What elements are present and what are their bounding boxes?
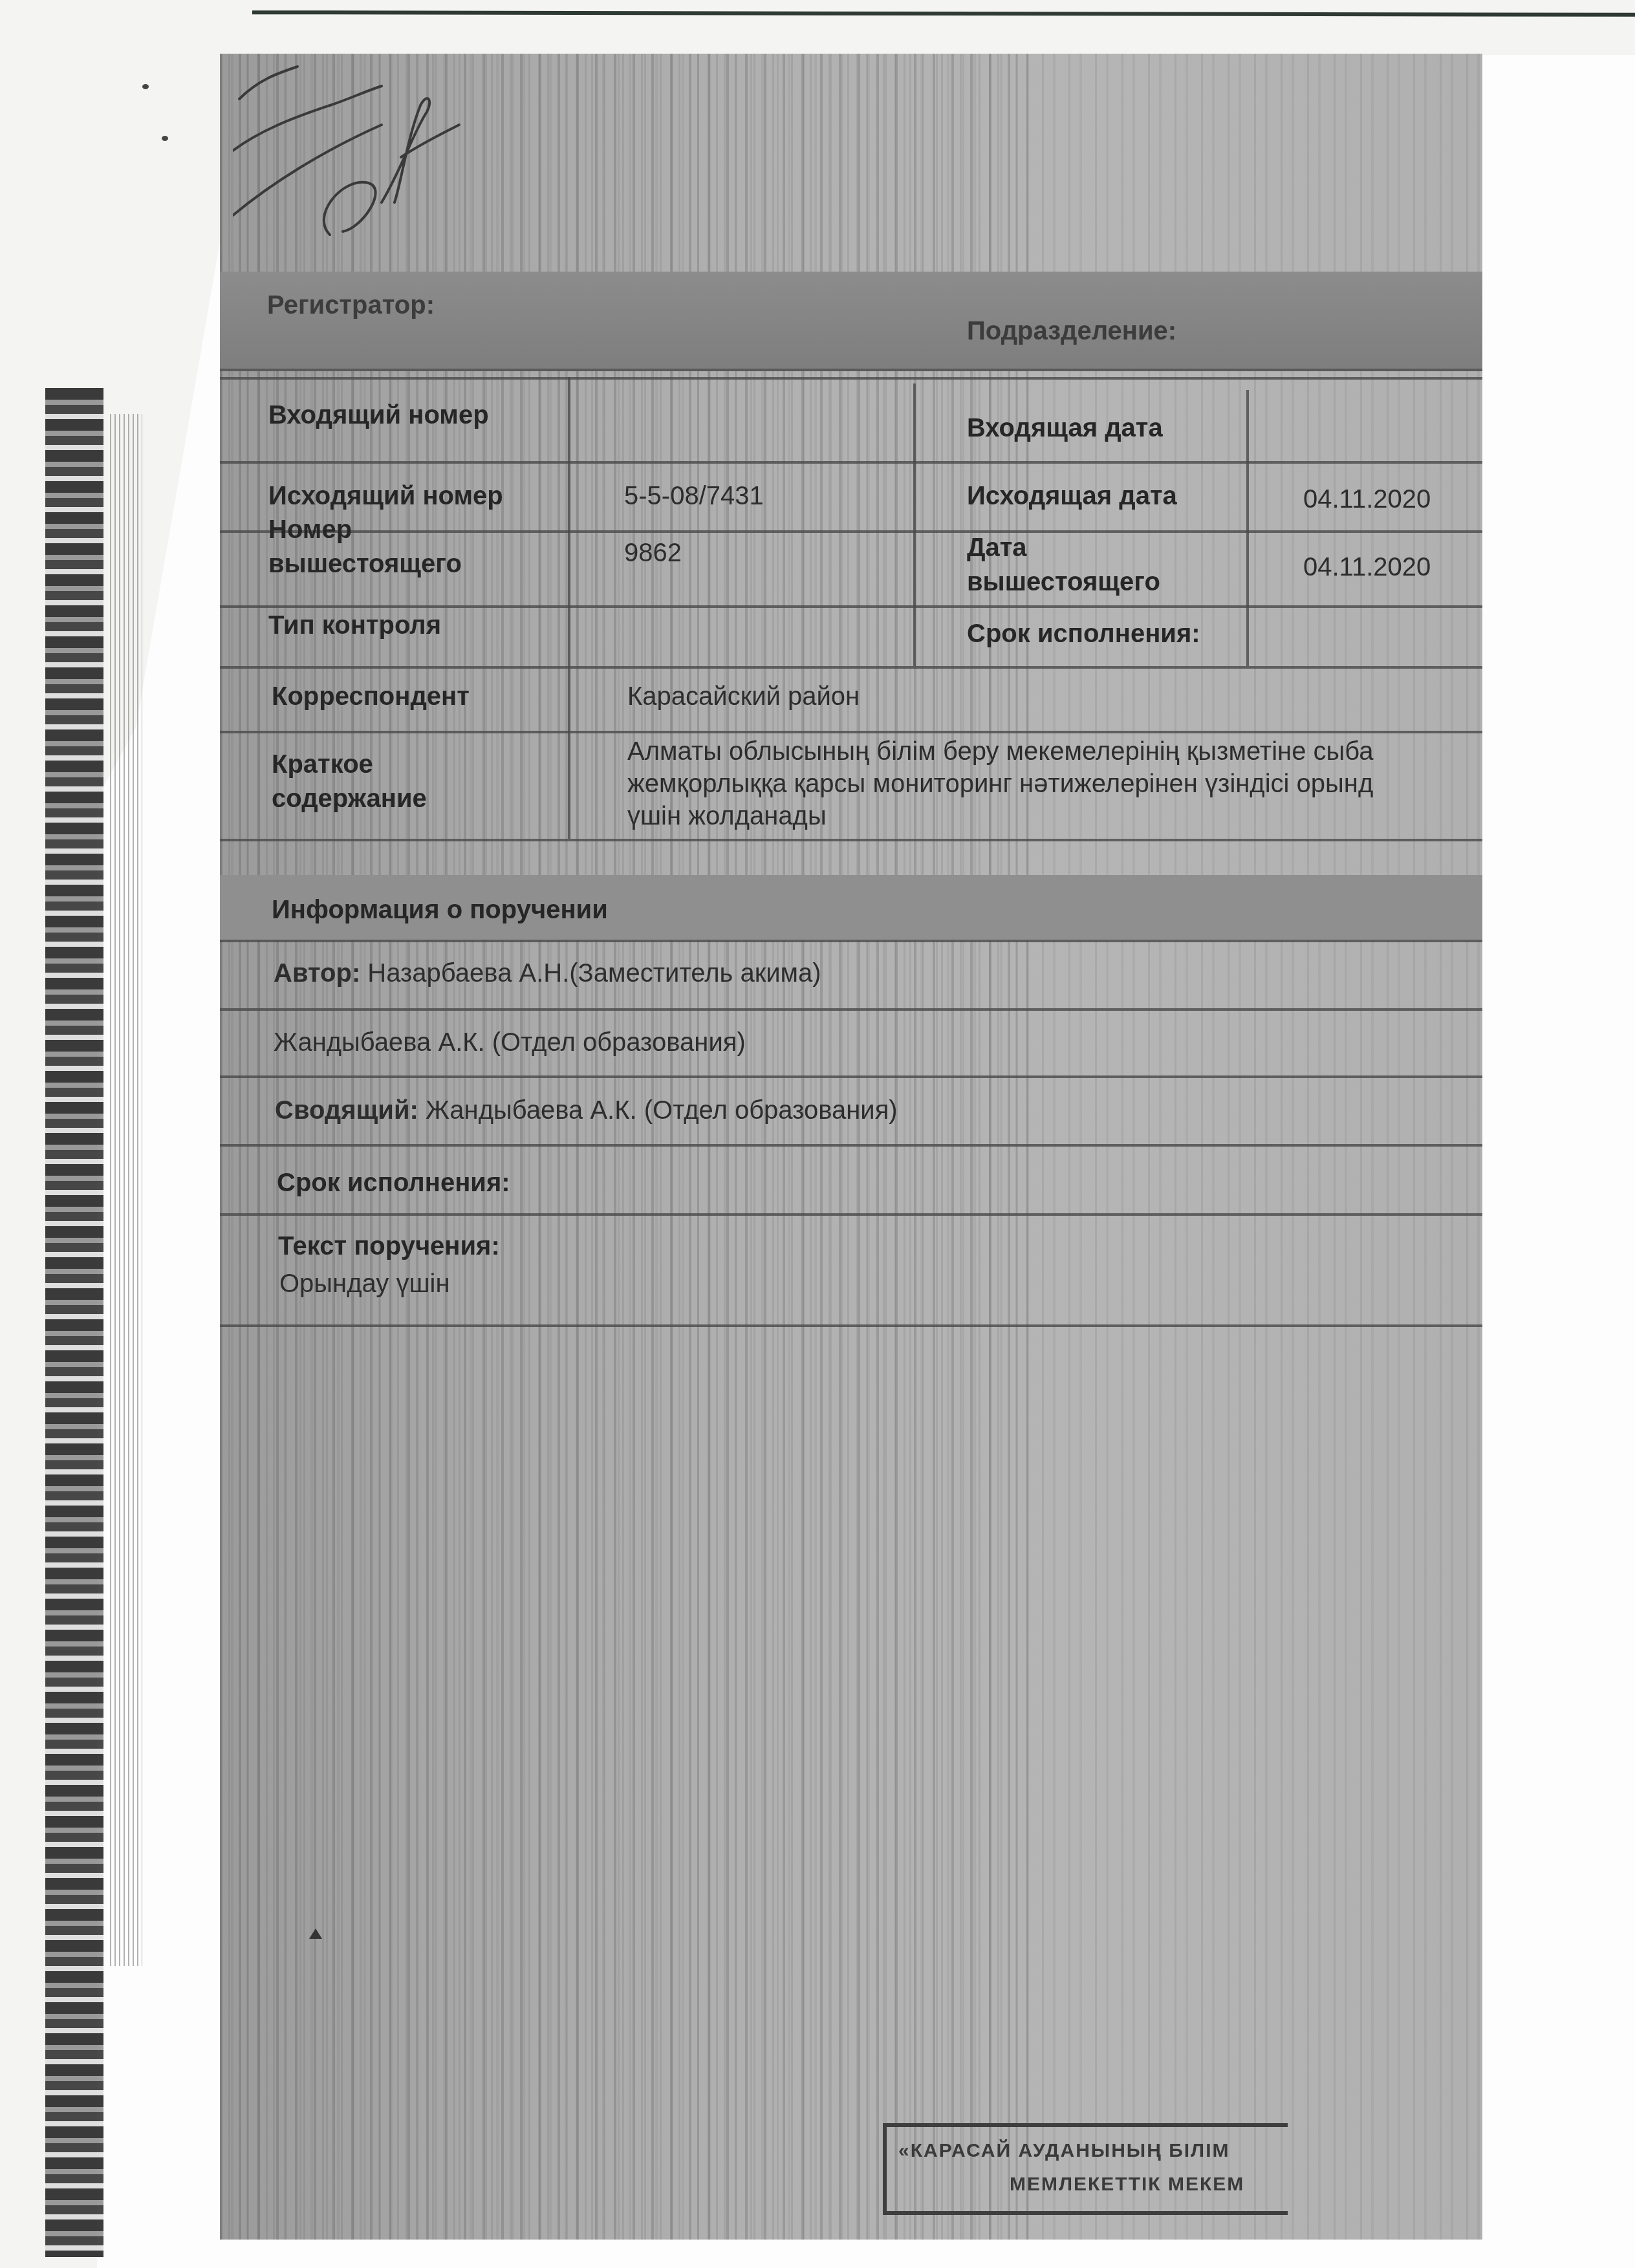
superior-date-label-1: Дата: [967, 532, 1027, 563]
correspondent-value: Карасайский район: [627, 681, 860, 712]
paper-top-edge: [252, 10, 1635, 17]
row-divider: [220, 940, 1482, 942]
summary-label-2: содержание: [272, 783, 427, 814]
row-divider: [220, 530, 1482, 533]
dust-speck: [162, 136, 168, 141]
assignment-section-title: Информация о поручении: [272, 894, 608, 925]
summarizer-row: Сводящий: Жандыбаева А.К. (Отдел образов…: [275, 1096, 898, 1125]
scanner-streak-artifact: [110, 414, 142, 1966]
column-divider: [1246, 390, 1249, 666]
correspondent-label: Корреспондент: [272, 681, 470, 712]
registrar-label: Регистратор:: [267, 291, 435, 320]
assignment-section-header: Информация о поручении: [220, 875, 1482, 940]
summary-label-1: Краткое: [272, 749, 373, 780]
registrar-band: Регистратор: Подразделение:: [220, 272, 1482, 371]
incoming-date-label: Входящая дата: [967, 413, 1163, 444]
outgoing-date-label: Исходящая дата: [967, 481, 1177, 512]
row-divider: [220, 605, 1482, 608]
handwritten-signature-icon: [233, 54, 621, 248]
row-divider: [220, 1213, 1482, 1216]
row-divider: [220, 839, 1482, 841]
author-value: Назарбаева А.Н.(Заместитель акима): [367, 959, 821, 988]
summary-line-3: үшін жолданады: [627, 801, 827, 832]
superior-date-value: 04.11.2020: [1303, 552, 1431, 583]
printed-document-area: Регистратор: Подразделение: Входящий ном…: [220, 54, 1482, 2240]
superior-number-label-1: Номер: [268, 514, 352, 545]
row-divider: [220, 1324, 1482, 1327]
author-label: Автор:: [274, 959, 360, 988]
superior-number-value: 9862: [624, 537, 682, 568]
printer-streaks: [220, 54, 1028, 2240]
stamp-line-1: «КАРАСАЙ АУДАНЫНЫҢ БІЛІМ: [898, 2140, 1229, 2162]
row-divider: [220, 666, 1482, 669]
row-divider: [220, 1144, 1482, 1147]
column-divider: [568, 377, 570, 839]
dust-speck: [142, 84, 149, 89]
stamp-line-2: МЕМЛЕКЕТТІК МЕКЕМ: [1010, 2174, 1244, 2196]
incoming-number-label: Входящий номер: [268, 400, 489, 431]
assignment-text-label: Текст поручения:: [278, 1231, 500, 1262]
row-divider: [220, 1075, 1482, 1078]
superior-number-label-2: вышестоящего: [268, 548, 462, 579]
division-label: Подразделение:: [967, 317, 1176, 346]
superior-date-label-2: вышестоящего: [967, 567, 1160, 598]
arrow-mark-icon: [309, 1928, 322, 1939]
column-divider: [913, 383, 916, 666]
outgoing-number-label: Исходящий номер: [268, 481, 503, 512]
assignment-deadline-label: Срок исполнения:: [277, 1167, 510, 1198]
control-type-label: Тип контроля: [268, 610, 441, 641]
scanner-edge-artifact: [45, 388, 103, 2257]
row-divider: [220, 1008, 1482, 1011]
summarizer-value: Жандыбаева А.К. (Отдел образования): [426, 1096, 898, 1125]
assignment-text-value: Орындау үшін: [279, 1268, 450, 1299]
outgoing-number-value: 5-5-08/7431: [624, 481, 764, 512]
outgoing-date-value: 04.11.2020: [1303, 484, 1431, 515]
executor-value: Жандыбаева А.К. (Отдел образования): [274, 1027, 746, 1058]
official-stamp: «КАРАСАЙ АУДАНЫНЫҢ БІЛІМ МЕМЛЕКЕТТІК МЕК…: [883, 2123, 1288, 2215]
row-divider: [220, 461, 1482, 464]
row-divider: [220, 731, 1482, 733]
author-row: Автор: Назарбаева А.Н.(Заместитель акима…: [274, 959, 821, 988]
summary-line-1: Алматы облысының білім беру мекемелеріні…: [627, 736, 1373, 767]
summary-line-2: жемқорлыққа қарсы мониторинг нәтижелерін…: [627, 768, 1373, 799]
summarizer-label: Сводящий:: [275, 1096, 418, 1125]
deadline-label: Срок исполнения:: [967, 618, 1200, 649]
row-divider: [220, 377, 1482, 380]
